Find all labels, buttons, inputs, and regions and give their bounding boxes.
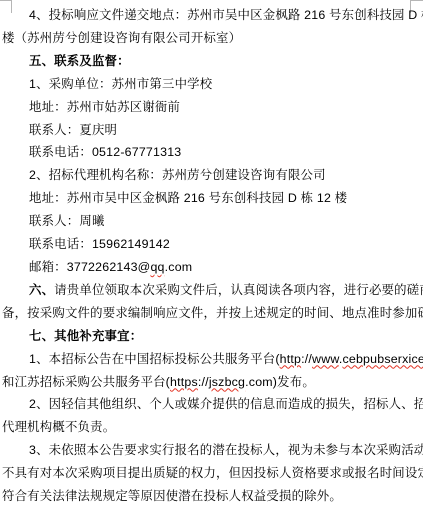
para-7-3-line2: 不具有对本次采购项目提出质疑的权力，但因投标人资格要求或报名时间设定不: [2, 462, 422, 485]
text-segment: 邮箱：3772262143@: [29, 260, 150, 274]
text-segment: 联系人：周曦: [29, 214, 105, 228]
text-segment: 2、因轻信其他组织、个人或媒介提供的信息而造成的损失，招标人、招标: [29, 397, 423, 411]
text-segment: 4、投标响应文件递交地点：苏州市吴中区金枫路 216 号东创科技园 D 栋 12: [29, 8, 423, 22]
text-segment: 符合有关法律法规规定等原因使潜在投标人权益受损的除外。: [2, 489, 342, 503]
agency-phone: 联系电话：15962149142: [2, 233, 422, 256]
purchaser-address: 地址：苏州市姑苏区谢衙前: [2, 96, 422, 119]
para-7-3-line3: 符合有关法律法规规定等原因使潜在投标人权益受损的除外。: [2, 485, 422, 508]
text-segment: 1、本招标公告在中国招标投标公共服务平台(: [29, 352, 280, 366]
text-segment: .com)发布。: [245, 375, 315, 389]
text-segment: 和江苏招标采购公共服务平台(: [2, 375, 170, 389]
text-segment: ://: [301, 352, 312, 366]
heading-section-5: 五、联系及监督：: [2, 50, 422, 73]
para-7-3-line1: 3、未依照本公告要求实行报名的潜在投标人，视为未参与本次采购活动，: [2, 439, 422, 462]
agency-contact: 联系人：周曦: [2, 210, 422, 233]
text-segment: 联系人：夏庆明: [29, 123, 117, 137]
para-7-2-line2: 代理机构概不负责。: [2, 416, 422, 439]
agency-name: 2、招标代理机构名称：苏州苈兮创建设咨询有限公司: [2, 164, 422, 187]
text-segment: 七、其他补充事宜：: [29, 329, 142, 343]
text-segment: 五、联系及监督：: [29, 54, 130, 68]
agency-email: 邮箱：3772262143@qq.com: [2, 256, 422, 279]
text-segment: 3、未依照本公告要求实行报名的潜在投标人，视为未参与本次采购活动，: [29, 443, 423, 457]
text-segment: .com: [165, 260, 193, 274]
text-segment: cebpubserxice.com: [342, 352, 423, 366]
agency-address: 地址：苏州市吴中区金枫路 216 号东创科技园 D 栋 12 楼: [2, 187, 422, 210]
text-segment: www: [312, 352, 339, 366]
text-segment: ://: [198, 375, 209, 389]
heading-section-7: 七、其他补充事宜：: [2, 325, 422, 348]
text-segment: 2、招标代理机构名称：苏州苈兮创建设咨询有限公司: [29, 168, 326, 182]
text-segment: jszbcg: [209, 375, 245, 389]
purchaser-phone: 联系电话：0512-67771313: [2, 141, 422, 164]
text-segment: 六、: [29, 283, 54, 297]
para-4-delivery-line1: 4、投标响应文件递交地点：苏州市吴中区金枫路 216 号东创科技园 D 栋 12: [2, 4, 422, 27]
para-4-delivery-line2: 楼（苏州苈兮创建设咨询有限公司开标室）: [2, 27, 422, 50]
text-segment: qq: [150, 260, 164, 274]
text-segment: 1、采购单位：苏州市第三中学校: [29, 77, 212, 91]
para-7-1-line1: 1、本招标公告在中国招标投标公共服务平台(http://www.cebpubse…: [2, 348, 422, 371]
text-segment: 请贵单位领取本次采购文件后，认真阅读各项内容，进行必要的磋商准: [54, 283, 423, 297]
text-segment: 地址：苏州市姑苏区谢衙前: [29, 100, 180, 114]
text-segment: 代理机构概不负责。: [2, 420, 115, 434]
purchaser-name: 1、采购单位：苏州市第三中学校: [2, 73, 422, 96]
document-text-area[interactable]: 4、投标响应文件递交地点：苏州市吴中区金枫路 216 号东创科技园 D 栋 12…: [2, 4, 422, 508]
text-segment: 联系电话：0512-67771313: [29, 145, 181, 159]
para-7-1-line2: 和江苏招标采购公共服务平台(https://jszbcg.com)发布。: [2, 371, 422, 394]
para-6-line2: 备，按采购文件的要求编制响应文件，并按上述规定的时间、地点准时参加磋商。: [2, 302, 422, 325]
text-segment: 楼（苏州苈兮创建设咨询有限公司开标室）: [2, 31, 241, 45]
para-6-line1: 六、请贵单位领取本次采购文件后，认真阅读各项内容，进行必要的磋商准: [2, 279, 422, 302]
para-7-2-line1: 2、因轻信其他组织、个人或媒介提供的信息而造成的损失，招标人、招标: [2, 393, 422, 416]
text-segment: http: [280, 352, 301, 366]
text-segment: https: [170, 375, 198, 389]
purchaser-contact: 联系人：夏庆明: [2, 119, 422, 142]
text-segment: 联系电话：15962149142: [29, 237, 170, 251]
text-segment: 地址：苏州市吴中区金枫路 216 号东创科技园 D 栋 12 楼: [29, 191, 347, 205]
text-boundary-mark-top-right-horizontal: [410, 0, 423, 1]
text-segment: 备，按采购文件的要求编制响应文件，并按上述规定的时间、地点准时参加磋商。: [2, 306, 423, 320]
text-segment: 不具有对本次采购项目提出质疑的权力，但因投标人资格要求或报名时间设定不: [2, 466, 423, 480]
